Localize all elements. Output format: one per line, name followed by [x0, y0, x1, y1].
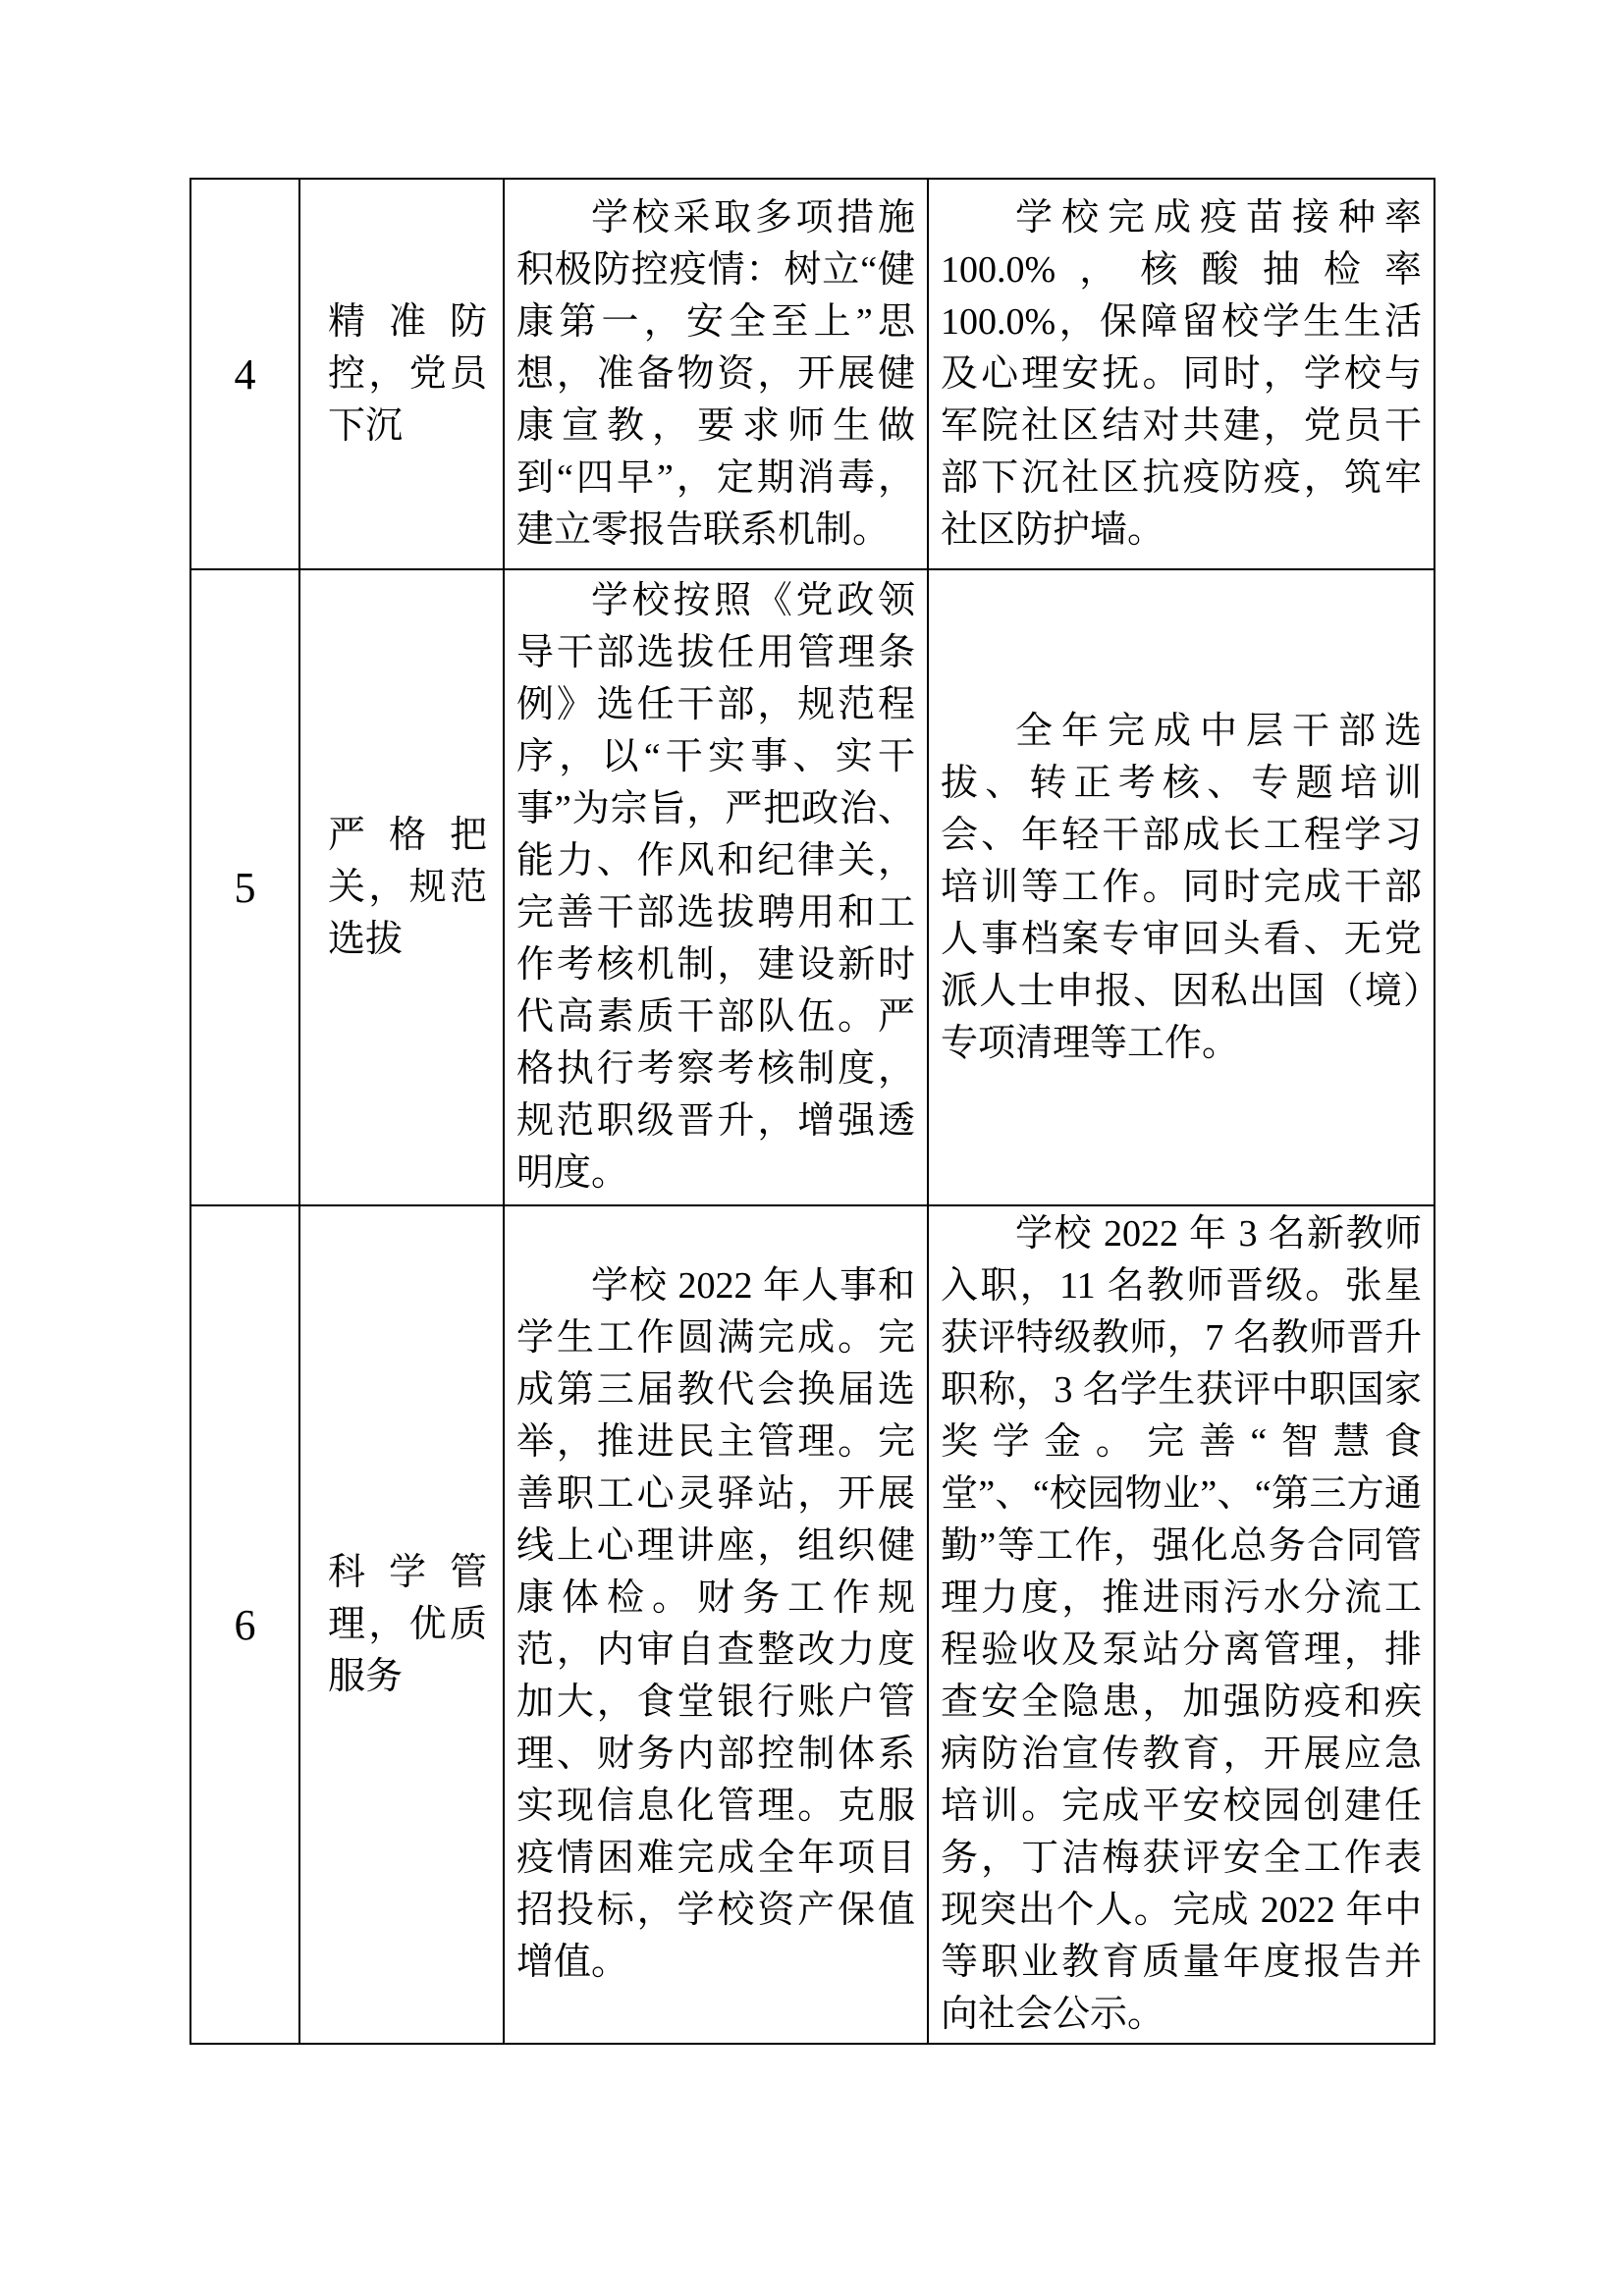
row-measures-cell: 学校 2022 年人事和学生工作圆满完成。完成第三届教代会换届选举，推进民主管理… — [504, 1205, 928, 2044]
row-title-cell: 科学管理，优质服务 — [299, 1205, 504, 2044]
row-measures-text: 学校采取多项措施积极防控疫情：树立“健康第一，安全至上”思想，准备物资，开展健康… — [505, 190, 927, 559]
row-title: 严格把关，规范选拔 — [328, 810, 487, 966]
row-title-cell: 精准防控，党员下沉 — [299, 179, 504, 569]
row-number: 6 — [190, 1205, 299, 2044]
row-results-text: 全年完成中层干部选拔、转正考核、专题培训会、年轻干部成长工程学习培训等工作。同时… — [929, 704, 1434, 1072]
row-title: 精准防控，党员下沉 — [328, 296, 487, 453]
row-measures-text: 学校 2022 年人事和学生工作圆满完成。完成第三届教代会换届选举，推进民主管理… — [505, 1258, 927, 1991]
row-results-cell: 全年完成中层干部选拔、转正考核、专题培训会、年轻干部成长工程学习培训等工作。同时… — [928, 569, 1435, 1205]
scanned-document-page: 4 精准防控，党员下沉 学校采取多项措施积极防控疫情：树立“健康第一，安全至上”… — [0, 0, 1624, 2296]
table-row: 4 精准防控，党员下沉 学校采取多项措施积极防控疫情：树立“健康第一，安全至上”… — [190, 179, 1435, 569]
row-title-cell: 严格把关，规范选拔 — [299, 569, 504, 1205]
work-summary-table: 4 精准防控，党员下沉 学校采取多项措施积极防控疫情：树立“健康第一，安全至上”… — [189, 178, 1435, 2045]
row-number: 4 — [190, 179, 299, 569]
table-row: 6 科学管理，优质服务 学校 2022 年人事和学生工作圆满完成。完成第三届教代… — [190, 1205, 1435, 2044]
row-measures-cell: 学校采取多项措施积极防控疫情：树立“健康第一，安全至上”思想，准备物资，开展健康… — [504, 179, 928, 569]
row-title: 科学管理，优质服务 — [328, 1547, 487, 1703]
row-measures-cell: 学校按照《党政领导干部选拔任用管理条例》选任干部，规范程序，以“干实事、实干事”… — [504, 569, 928, 1205]
row-results-text: 学校 2022 年 3 名新教师入职，11 名教师晋级。张星获评特级教师，7 名… — [929, 1206, 1434, 2043]
row-results-cell: 学校完成疫苗接种率100.0%，核酸抽检率 100.0%，保障留校学生生活及心理… — [928, 179, 1435, 569]
row-results-text: 学校完成疫苗接种率100.0%，核酸抽检率 100.0%，保障留校学生生活及心理… — [929, 190, 1434, 559]
row-results-cell: 学校 2022 年 3 名新教师入职，11 名教师晋级。张星获评特级教师，7 名… — [928, 1205, 1435, 2044]
table-row: 5 严格把关，规范选拔 学校按照《党政领导干部选拔任用管理条例》选任干部，规范程… — [190, 569, 1435, 1205]
row-number: 5 — [190, 569, 299, 1205]
row-measures-text: 学校按照《党政领导干部选拔任用管理条例》选任干部，规范程序，以“干实事、实干事”… — [505, 573, 927, 1201]
